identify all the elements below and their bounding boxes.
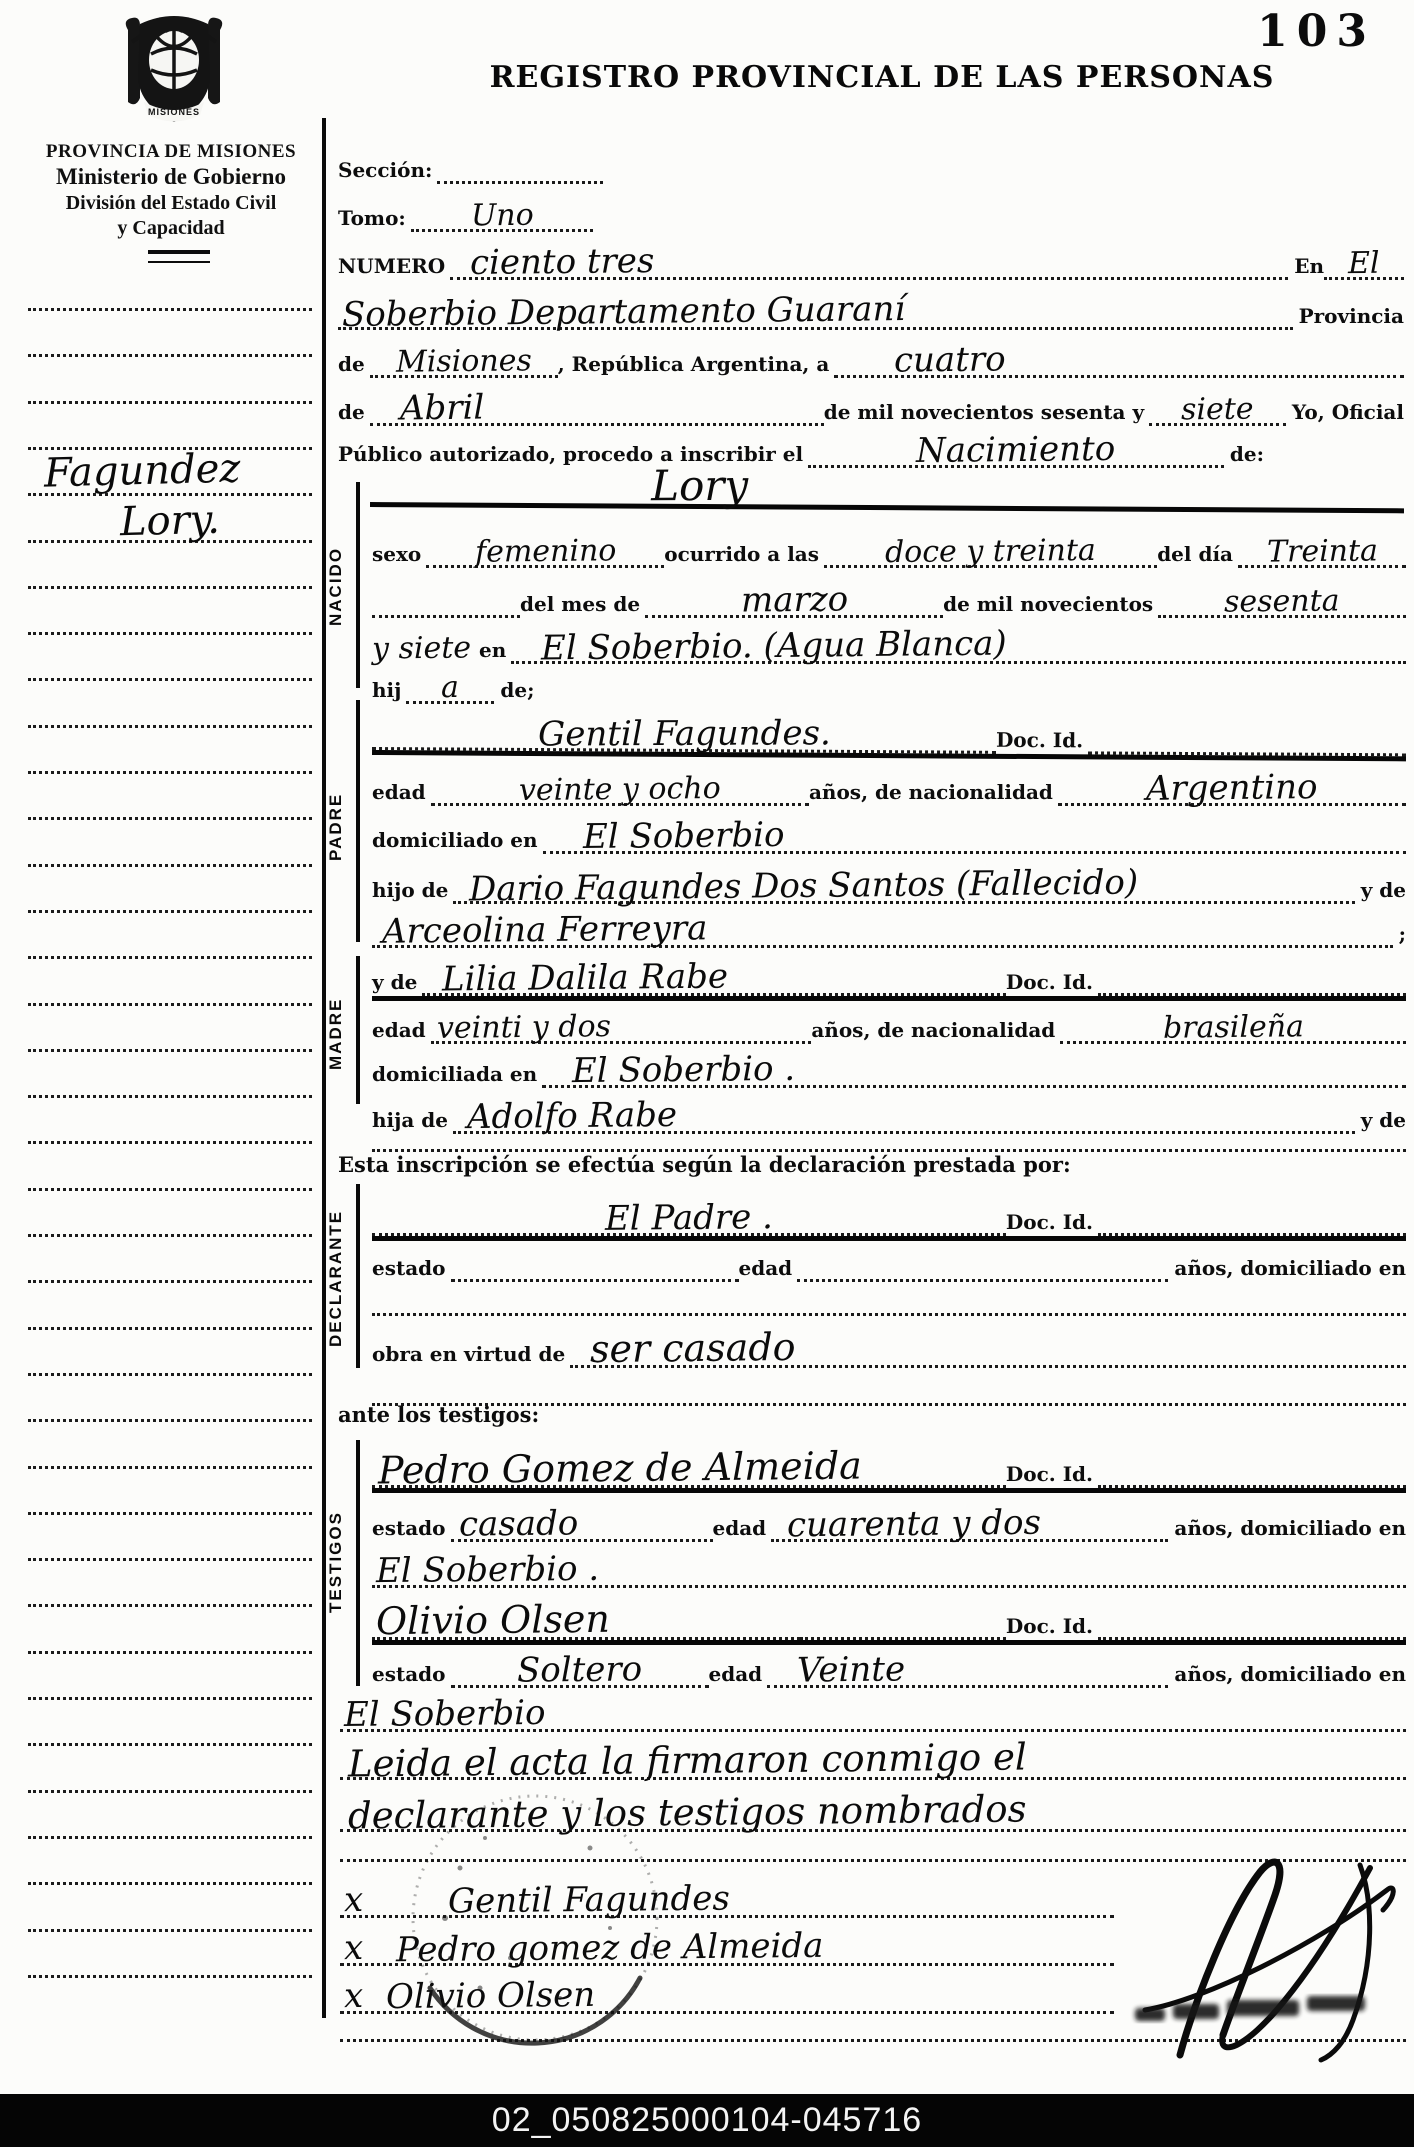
margin-ruled-line (28, 401, 312, 404)
margin-ruled-line (28, 1141, 312, 1144)
margin-ruled-line (28, 1604, 312, 1607)
declarante-bracket (356, 1184, 360, 1368)
margin-ruled-line (28, 1049, 312, 1052)
padre-nacionalidad-value: Argentino (1146, 774, 1318, 803)
yo-label: Yo, Oficial (1286, 400, 1404, 426)
madre-doc-line (1098, 993, 1406, 996)
numero-label: NUMERO (338, 254, 450, 280)
official-signature (1125, 1850, 1405, 2080)
scan-code-text: 02_050825000104-045716 (492, 2101, 922, 2140)
dia-nac-line: Treinta (1238, 540, 1406, 568)
padre-doc-label: Doc. Id. (996, 728, 1088, 755)
margin-ruled-line (28, 1003, 312, 1006)
testigo2-nombre-value: Olivio Olsen (376, 1604, 610, 1637)
seal-banner-text: MISIONES (148, 107, 200, 117)
round-ink-stamp-icon (390, 1778, 680, 2068)
numero-value: ciento tres (470, 248, 655, 277)
de-label: de (338, 352, 370, 378)
tomo-label: Tomo: (338, 206, 411, 232)
de2-label: de (338, 400, 370, 426)
madre-nacionalidad-label: años, de nacionalidad (811, 1018, 1060, 1044)
obra-label: obra en virtud de (372, 1342, 570, 1368)
madre-domicilio-value: El Soberbio . (572, 1056, 795, 1086)
page-number: 103 (1257, 6, 1376, 57)
declarante-estado-label: estado (372, 1256, 451, 1282)
testigo1-edad-value: cuarenta y dos (787, 1510, 1041, 1540)
stamp-smudge (1135, 1996, 1365, 2021)
en-line: El (1324, 252, 1404, 280)
margin-ruled-line (28, 1373, 312, 1376)
sexo-line: femenino (426, 540, 664, 568)
cierre-acta-row1: Leida el acta la firmaron conmigo el (340, 1728, 1406, 1780)
margin-ruled-line (28, 1466, 312, 1469)
lugar-nac-line: El Soberbio. (Agua Blanca) (511, 633, 1406, 664)
page-title: REGISTRO PROVINCIAL DE LAS PERSONAS (410, 60, 1354, 95)
dia-value: cuatro (894, 346, 1006, 374)
scan-code-bar: 02_050825000104-045716 (0, 2094, 1414, 2147)
testigo1-estado-row: estado casado edad cuarenta y dos años, … (372, 1494, 1406, 1542)
anio-label: de mil novecientos sesenta y (824, 400, 1149, 426)
republica-label: , República Argentina, a (558, 352, 835, 378)
declarante-doc-line (1098, 1233, 1406, 1236)
letterhead-division-line2: y Capacidad (26, 217, 316, 240)
cierre-acta-value1: Leida el acta la firmaron conmigo el (348, 1742, 1027, 1779)
margin-ruled-line (28, 956, 312, 959)
testigo1-domicilio-value: El Soberbio . (376, 1556, 599, 1586)
obra-line: ser casado (570, 1333, 1406, 1368)
en-label: En (1288, 254, 1324, 280)
declarante-domicilio-label: años, domiciliado en (1168, 1256, 1406, 1282)
firma3-mark: x (344, 1983, 363, 2010)
testigo1-domicilio-row: El Soberbio . (372, 1540, 1406, 1588)
madre-nacionalidad-value: brasileña (1163, 1015, 1304, 1040)
numero-line: ciento tres (450, 249, 1288, 280)
mes-line: Abril (370, 395, 824, 426)
obra-row: obra en virtud de ser casado (372, 1316, 1406, 1368)
localidad-value: Soberbio Departamento Guaraní (342, 296, 906, 329)
declarante-nombre-value: El Padre . (605, 1204, 773, 1233)
padre-nombre-row: Gentil Fagundes. Doc. Id. (372, 692, 1406, 761)
testigos-intro: ante los testigos: (338, 1402, 539, 1427)
margin-ruled-line (28, 1558, 312, 1561)
declarante-nombre-line: El Padre . (372, 1205, 1006, 1236)
padre-bracket (356, 700, 360, 942)
margin-ruled-line (28, 354, 312, 357)
testigo2-doc-line (1098, 1637, 1406, 1640)
firma2-mark: x (344, 1935, 363, 1962)
margin-ruled-line (28, 1327, 312, 1330)
testigo1-doc-label: Doc. Id. (1006, 1462, 1098, 1488)
madre-section-label: MADRE (326, 978, 346, 1090)
margin-ruled-line (28, 910, 312, 913)
padre-section-label: PADRE (326, 768, 346, 886)
testigo1-edad-line: cuarenta y dos (771, 1511, 1168, 1542)
madre-edad-label: edad (372, 1018, 431, 1044)
madre-nombre-value: Lilia Dalila Rabe (442, 964, 728, 994)
tomo-value: Uno (470, 204, 533, 229)
provincia-line: Misiones (370, 350, 558, 378)
obra-value: ser casado (590, 1332, 796, 1365)
testigo2-nombre-row: Olivio Olsen Doc. Id. (372, 1588, 1406, 1645)
declarante-edad-label: edad (739, 1256, 798, 1282)
testigo2-doc-label: Doc. Id. (1006, 1614, 1098, 1640)
numero-row: NUMERO ciento tres En El (338, 232, 1404, 280)
madre-edad-value: veinti y dos (437, 1015, 611, 1041)
margin-given-name: Lory. (119, 497, 220, 546)
declarante-estado-row: estado edad años, domiciliado en (372, 1240, 1406, 1282)
declarante-estado-line (451, 1279, 739, 1282)
letterhead-rule (148, 250, 210, 263)
margin-ruled-line (28, 1234, 312, 1237)
margin-ruled-line (28, 817, 312, 820)
margin-ruled-line (28, 1188, 312, 1191)
dia-nac-label: del día (1157, 542, 1238, 568)
dia-line: cuatro (834, 347, 1404, 378)
anio-value: siete (1181, 398, 1254, 423)
declarante-doc-label: Doc. Id. (1006, 1210, 1098, 1236)
testigo2-nombre-line: Olivio Olsen (372, 1605, 800, 1640)
firma1-mark: x (344, 1887, 363, 1914)
testigo2-edad-value: Veinte (797, 1656, 905, 1684)
margin-ruled-line (28, 1512, 312, 1515)
margin-surname: Fagundez (43, 445, 241, 496)
cierre-lugar-value: El Soberbio (344, 1700, 546, 1729)
anio-nac-value: sesenta (1224, 589, 1340, 614)
tomo-row: Tomo: Uno (338, 188, 593, 232)
margin-ruled-line (28, 725, 312, 728)
margin-ruled-line (28, 1743, 312, 1746)
padre-nombre-value: Gentil Fagundes. (538, 720, 831, 748)
padre-edad-line: veinte y ocho (431, 778, 809, 806)
testigo2-estado-value: Soltero (517, 1656, 642, 1684)
margin-ruled-line (28, 632, 312, 635)
madre-domicilio-label: domiciliada en (372, 1062, 542, 1088)
margin-ruled-line (28, 678, 312, 681)
margin-ruled-line (28, 1651, 312, 1654)
madre-nacionalidad-line: brasileña (1060, 1016, 1406, 1044)
testigo1-nombre-row: Pedro Gomez de Almeida Doc. Id. (372, 1432, 1406, 1493)
sexo-label: sexo (372, 542, 426, 568)
margin-ruled-line (28, 864, 312, 867)
padre-abuelo-value: Dario Fagundes Dos Santos (Fallecido) (469, 869, 1138, 903)
madre-doc-label: Doc. Id. (1006, 970, 1098, 996)
letterhead-ministry: Ministerio de Gobierno (26, 164, 316, 190)
tomo-line: Uno (411, 204, 593, 232)
testigo1-estado-line: casado (451, 1511, 713, 1542)
declarante-section-label: DECLARANTE (326, 1192, 346, 1364)
margin-ruled-line (28, 1419, 312, 1422)
hora-line: doce y treinta (824, 540, 1157, 568)
localidad-row: Soberbio Departamento Guaraní Provincia (338, 282, 1404, 330)
sexo-value: femenino (474, 539, 616, 564)
sexo-row: sexo femenino ocurrido a las doce y trei… (372, 518, 1406, 568)
nacido-bracket (356, 482, 360, 688)
madre-edad-line: veinti y dos (431, 1016, 812, 1044)
testigo1-domicilio-line: El Soberbio . (372, 1557, 1406, 1588)
provincia-value: Misiones (396, 349, 532, 374)
child-name-line: Lory (370, 467, 1404, 508)
provincia-label: Provincia (1293, 304, 1404, 330)
child-name-value: Lory (651, 469, 748, 503)
margin-ruled-line (28, 1836, 312, 1839)
padre-edad-value: veinte y ocho (519, 777, 721, 803)
madre-nombre-line: Lilia Dalila Rabe (422, 965, 1006, 996)
cierre-lugar-row: El Soberbio (340, 1684, 1406, 1732)
en-value: El (1348, 252, 1380, 276)
padre-edad-row: edad veinte y ocho años, de nacionalidad… (372, 756, 1406, 806)
provincia-row: de Misiones , República Argentina, a cua… (338, 330, 1404, 378)
margin-ruled-line (28, 1095, 312, 1098)
seccion-label: Sección: (338, 158, 437, 184)
testigos-bracket (356, 1440, 360, 1686)
margin-ruled-line (28, 308, 312, 311)
padre-domicilio-row: domiciliado en El Soberbio (372, 804, 1406, 854)
lugar-nac-value: El Soberbio. (Agua Blanca) (541, 631, 1007, 663)
mes-nac-value: marzo (740, 586, 847, 614)
margin-ruled-line (28, 1280, 312, 1283)
padre-hijo-row: hijo de Dario Fagundes Dos Santos (Falle… (372, 852, 1406, 904)
madre-nombre-row: y de Lilia Dalila Rabe Doc. Id. (372, 942, 1406, 1001)
dia-nac-value: Treinta (1266, 539, 1377, 564)
padre-edad-label: edad (372, 780, 431, 806)
madre-blank-row (372, 1126, 1406, 1152)
testigo1-nombre-line: Pedro Gomez de Almeida (372, 1453, 1006, 1488)
declaracion-intro: Esta inscripción se efectúa según la dec… (338, 1152, 1071, 1177)
madre-y-de-label: y de (372, 970, 422, 996)
provincial-seal-icon: MISIONES (110, 12, 238, 134)
localidad-line: Soberbio Departamento Guaraní (338, 299, 1293, 330)
testigo1-estado-label: estado (372, 1516, 451, 1542)
fecha-row: de Abril de mil novecientos sesenta y si… (338, 378, 1404, 426)
declarante-edad-line (797, 1279, 1168, 1282)
padre-domicilio-value: El Soberbio (582, 822, 784, 851)
testigo2-gap-line (800, 1637, 1006, 1640)
declarante-nombre-row: El Padre . Doc. Id. (372, 1182, 1406, 1241)
testigo1-nombre-value: Pedro Gomez de Almeida (378, 1450, 862, 1485)
hora-value: doce y treinta (885, 539, 1096, 565)
seccion-blank (437, 181, 603, 184)
mes-nac-row: del mes de marzo de mil novecientos sese… (372, 568, 1406, 618)
margin-ruled-line (28, 1790, 312, 1793)
mes-value: Abril (400, 395, 485, 423)
madre-bracket (356, 956, 360, 1104)
testigo1-doc-line (1098, 1485, 1406, 1488)
margin-ruled-line (28, 586, 312, 589)
letterhead-province: PROVINCIA DE MISIONES (26, 141, 316, 163)
testigo1-edad-label: edad (713, 1516, 772, 1542)
margin-ruled-line (28, 1882, 312, 1885)
birth-certificate-page: 103 REGISTRO PROVINCIAL DE LAS PERSONAS … (0, 0, 1414, 2147)
testigos-section-label: TESTIGOS (326, 1492, 346, 1632)
madre-domicilio-line: El Soberbio . (542, 1057, 1406, 1088)
margin-ruled-line (28, 771, 312, 774)
padre-domicilio-label: domiciliado en (372, 828, 543, 854)
margin-ruled-line (28, 1975, 312, 1978)
madre-domicilio-row: domiciliada en El Soberbio . (372, 1042, 1406, 1088)
nacido-section-label: NACIDO (326, 500, 346, 672)
padre-nacionalidad-line: Argentino (1058, 775, 1406, 806)
padre-abuela-row: Arceolina Ferreyra ; (372, 900, 1406, 948)
padre-nacionalidad-label: años, de nacionalidad (809, 780, 1058, 806)
seccion-row: Sección: (338, 150, 603, 184)
margin-ruled-line (28, 1929, 312, 1932)
padre-domicilio-line: El Soberbio (543, 823, 1406, 854)
padre-nombre-line: Gentil Fagundes. (372, 719, 996, 754)
ocurrido-label: ocurrido a las (664, 542, 824, 568)
testigo1-domicilio-label: años, domiciliado en (1168, 1516, 1406, 1542)
cierre-acta-line1: Leida el acta la firmaron conmigo el (340, 1746, 1406, 1780)
testigo2-estado-row: estado Soltero edad Veinte años, domicil… (372, 1642, 1406, 1688)
madre-edad-row: edad veinti y dos años, de nacionalidad … (372, 998, 1406, 1044)
declarante-blank-row (372, 1290, 1406, 1316)
margin-ruled-line (28, 1697, 312, 1700)
child-name-row: Lory (370, 446, 1404, 513)
anio-cont-value: y siete (372, 636, 471, 661)
anio-line: siete (1149, 398, 1286, 426)
testigo1-estado-value: casado (458, 1510, 578, 1538)
lugar-nac-row: y siete en El Soberbio. (Agua Blanca) (372, 614, 1406, 664)
letterhead-division-line1: División del Estado Civil (26, 192, 316, 215)
